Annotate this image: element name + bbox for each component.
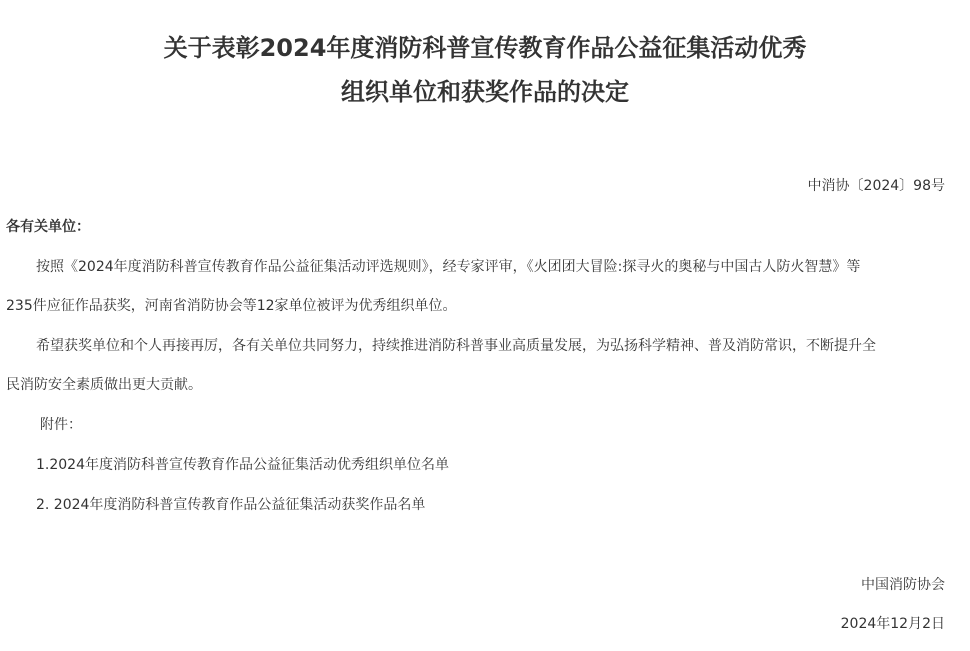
salutation: 各有关单位：	[6, 217, 90, 237]
document-title-line-1: 关于表彰2024年度消防科普宣传教育作品公益征集活动优秀	[0, 33, 970, 63]
document-title-line-2: 组织单位和获奖作品的决定	[0, 77, 970, 107]
issue-date: 2024年12月2日	[841, 614, 945, 634]
paragraph-1-line-1: 按照《2024年度消防科普宣传教育作品公益征集活动评选规则》，经专家评审，《火团…	[36, 257, 860, 277]
document-page: 关于表彰2024年度消防科普宣传教育作品公益征集活动优秀 组织单位和获奖作品的决…	[0, 0, 970, 651]
attachment-item-1: 1.2024年度消防科普宣传教育作品公益征集活动优秀组织单位名单	[36, 455, 449, 475]
paragraph-2-line-2: 民消防安全素质做出更大贡献。	[6, 375, 202, 395]
issuer-name: 中国消防协会	[861, 575, 945, 595]
paragraph-2-line-1: 希望获奖单位和个人再接再厉，各有关单位共同努力，持续推进消防科普事业高质量发展，…	[36, 336, 876, 356]
attachment-item-2: 2. 2024年度消防科普宣传教育作品公益征集活动获奖作品名单	[36, 495, 425, 515]
paragraph-1-line-2: 235件应征作品获奖，河南省消防协会等12家单位被评为优秀组织单位。	[6, 296, 457, 316]
attachments-label: 附件：	[40, 415, 82, 435]
document-number: 中消协〔2024〕98号	[808, 176, 945, 196]
